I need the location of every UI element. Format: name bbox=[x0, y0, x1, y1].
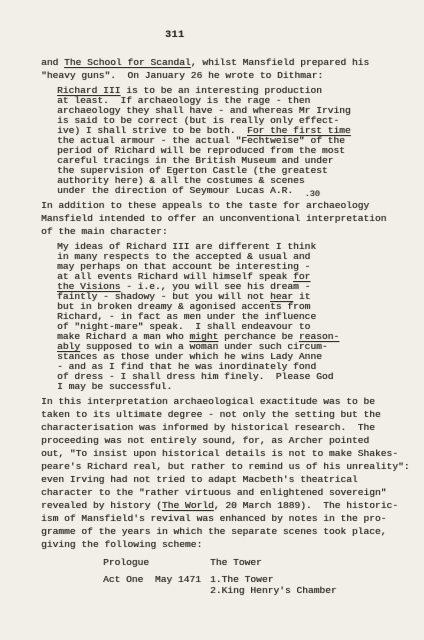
text-run: of the main character: bbox=[41, 226, 168, 237]
text-line: character to the "rather virtuous and en… bbox=[41, 486, 424, 499]
scheme-row-prologue: Prologue The Tower bbox=[103, 557, 424, 568]
text-run: character to the "rather virtuous and en… bbox=[41, 487, 386, 498]
text-line: out, "To insist upon historical details … bbox=[41, 447, 424, 460]
text-line: characterisation was informed by histori… bbox=[41, 421, 424, 434]
text-run: "heavy guns". On January 26 he wrote to … bbox=[41, 70, 323, 81]
scheme-act-label: Act One May 1471 bbox=[103, 574, 210, 596]
text-line: even Irving had not tried to adapt Macbe… bbox=[41, 473, 424, 486]
scheme-scene-list: 1.The Tower 2.King Henry's Chamber bbox=[210, 574, 337, 596]
text-line: ism of Mansfield's revival was enhanced … bbox=[41, 512, 424, 525]
text-line: and The School for Scandal, whilst Mansf… bbox=[41, 56, 424, 69]
text-run: and bbox=[41, 57, 64, 68]
document-page: 311 and The School for Scandal, whilst M… bbox=[0, 0, 424, 640]
text-line: revealed by history (The World, 20 March… bbox=[41, 499, 424, 512]
text-line: peare's Richard real, but rather to remi… bbox=[41, 460, 424, 473]
underlined-text: The School for Scandal bbox=[64, 57, 191, 68]
page-number: 311 bbox=[165, 30, 424, 42]
letter-quote-ideas-of-richard: My ideas of Richard III are different I … bbox=[57, 242, 424, 392]
scheme-scene: The Tower bbox=[210, 557, 262, 568]
text-line: Mansfield intended to offer an unconvent… bbox=[41, 212, 424, 225]
text-line: "heavy guns". On January 26 he wrote to … bbox=[41, 69, 424, 82]
intro-paragraph: and The School for Scandal, whilst Mansf… bbox=[41, 56, 424, 82]
text-run: revealed by history ( bbox=[41, 500, 162, 511]
paragraph-interpretation: In this interpretation archaeological ex… bbox=[41, 395, 424, 551]
text-run: taken to its ultimate degree - not only … bbox=[41, 409, 381, 420]
scheme-scene: 1.The Tower bbox=[210, 574, 337, 585]
text-line: giving the following scheme: bbox=[41, 538, 424, 551]
text-run: , whilst Mansfield prepared his bbox=[191, 57, 369, 68]
underlined-text: The World bbox=[162, 500, 214, 511]
text-line: proceeding was not entirely sound, for, … bbox=[41, 434, 424, 447]
text-run: I may be successful. bbox=[57, 381, 172, 392]
scheme-table: Prologue The Tower Act One May 1471 1.Th… bbox=[103, 557, 424, 596]
text-run: In addition to these appeals to the tast… bbox=[41, 200, 369, 211]
text-run: characterisation was informed by histori… bbox=[41, 422, 375, 433]
text-run: proceeding was not entirely sound, for, … bbox=[41, 435, 369, 446]
text-run: giving the following scheme: bbox=[41, 539, 202, 550]
footnote-ref: .30 bbox=[305, 189, 320, 199]
text-run: gramme of the years in which the separat… bbox=[41, 526, 386, 537]
text-run: In this interpretation archaeological ex… bbox=[41, 396, 375, 407]
text-line: under the direction of Seymour Lucas A.R… bbox=[57, 186, 424, 196]
text-run: ism of Mansfield's revival was enhanced … bbox=[41, 513, 386, 524]
text-line: In addition to these appeals to the tast… bbox=[41, 199, 424, 212]
text-run: under the direction of Seymour Lucas A.R… bbox=[57, 185, 305, 196]
text-run: , 20 March 1889). The historic- bbox=[214, 500, 398, 511]
text-run: peare's Richard real, but rather to remi… bbox=[41, 461, 409, 472]
text-line: taken to its ultimate degree - not only … bbox=[41, 408, 424, 421]
text-line: gramme of the years in which the separat… bbox=[41, 525, 424, 538]
text-run: out, "To insist upon historical details … bbox=[41, 448, 398, 459]
text-line: of the main character: bbox=[41, 225, 424, 238]
text-line: I may be successful. bbox=[57, 382, 424, 392]
scheme-scene-list: The Tower bbox=[210, 557, 262, 568]
letter-quote-richard-production: Richard III is to be an interesting prod… bbox=[57, 86, 424, 196]
paragraph-appeals: In addition to these appeals to the tast… bbox=[41, 199, 424, 238]
text-run: Mansfield intended to offer an unconvent… bbox=[41, 213, 386, 224]
text-run: even Irving had not tried to adapt Macbe… bbox=[41, 474, 358, 485]
scheme-act-label: Prologue bbox=[103, 557, 210, 568]
scheme-row-act-one: Act One May 1471 1.The Tower 2.King Henr… bbox=[103, 574, 424, 596]
scheme-scene: 2.King Henry's Chamber bbox=[210, 585, 337, 596]
text-line: In this interpretation archaeological ex… bbox=[41, 395, 424, 408]
